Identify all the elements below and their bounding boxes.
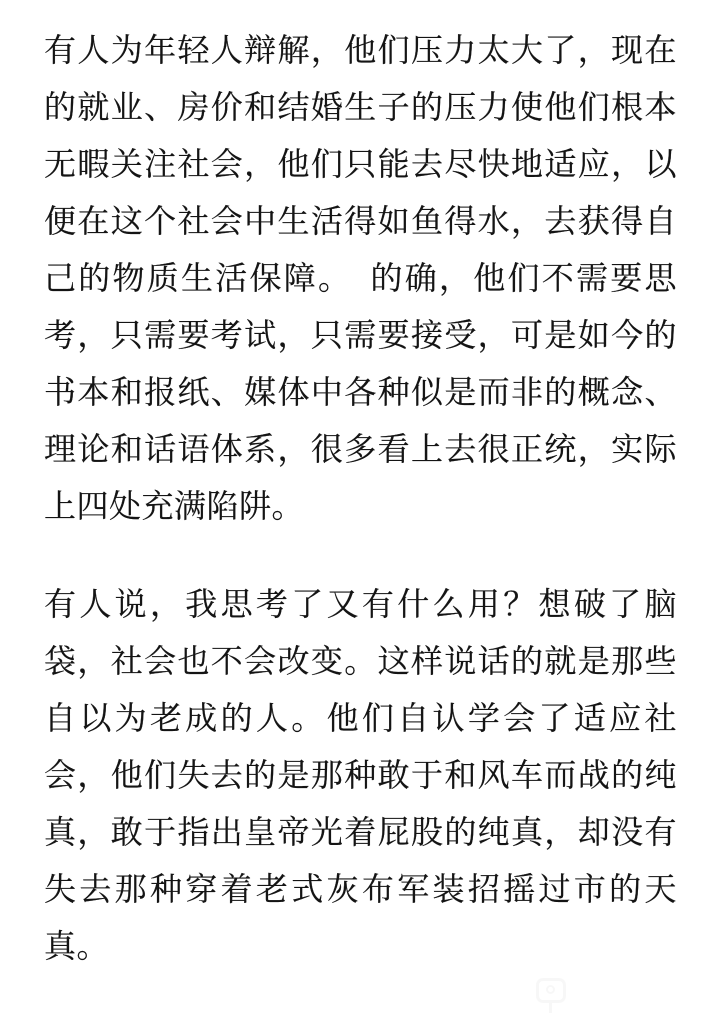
text-line: 上四处充满陷阱。	[44, 478, 677, 535]
text-line: 失去那种穿着老式灰布军装招摇过市的天	[44, 861, 677, 918]
text-line: 会，他们失去的是那种敢于和风车而战的纯	[44, 747, 677, 804]
text-line: 理论和话语体系，很多看上去很正统，实际	[44, 421, 677, 478]
faint-logo-watermark-icon	[534, 976, 570, 1016]
text-line: 真，敢于指出皇帝光着屁股的纯真，却没有	[44, 804, 677, 861]
text-line: 便在这个社会中生活得如鱼得水，去获得自	[44, 193, 677, 250]
watermark-lens-shape	[546, 985, 555, 994]
document-screenshot: { "page": { "background_color": "#ffffff…	[0, 0, 720, 1021]
text-line: 有人说，我思考了又有什么用？想破了脑	[44, 576, 677, 633]
text-line: 真。	[44, 918, 677, 975]
text-line: 的就业、房价和结婚生子的压力使他们根本	[44, 79, 677, 136]
text-line: 书本和报纸、媒体中各种似是而非的概念、	[44, 364, 677, 421]
text-line: 己的物质生活保障。 的确，他们不需要思	[44, 250, 677, 307]
text-line: 有人为年轻人辩解，他们压力太大了，现在	[44, 22, 677, 79]
text-line: 袋，社会也不会改变。这样说话的就是那些	[44, 633, 677, 690]
text-line: 考，只需要考试，只需要接受，可是如今的	[44, 307, 677, 364]
document-page: 有人为年轻人辩解，他们压力太大了，现在 的就业、房价和结婚生子的压力使他们根本 …	[0, 0, 720, 1021]
text-line: 无暇关注社会，他们只能去尽快地适应，以	[44, 136, 677, 193]
watermark-tail-shape	[549, 1003, 552, 1013]
paragraph-1: 有人为年轻人辩解，他们压力太大了，现在 的就业、房价和结婚生子的压力使他们根本 …	[44, 22, 677, 535]
paragraph-2: 有人说，我思考了又有什么用？想破了脑 袋，社会也不会改变。这样说话的就是那些 自…	[44, 576, 677, 975]
text-line: 自以为老成的人。他们自认学会了适应社	[44, 690, 677, 747]
